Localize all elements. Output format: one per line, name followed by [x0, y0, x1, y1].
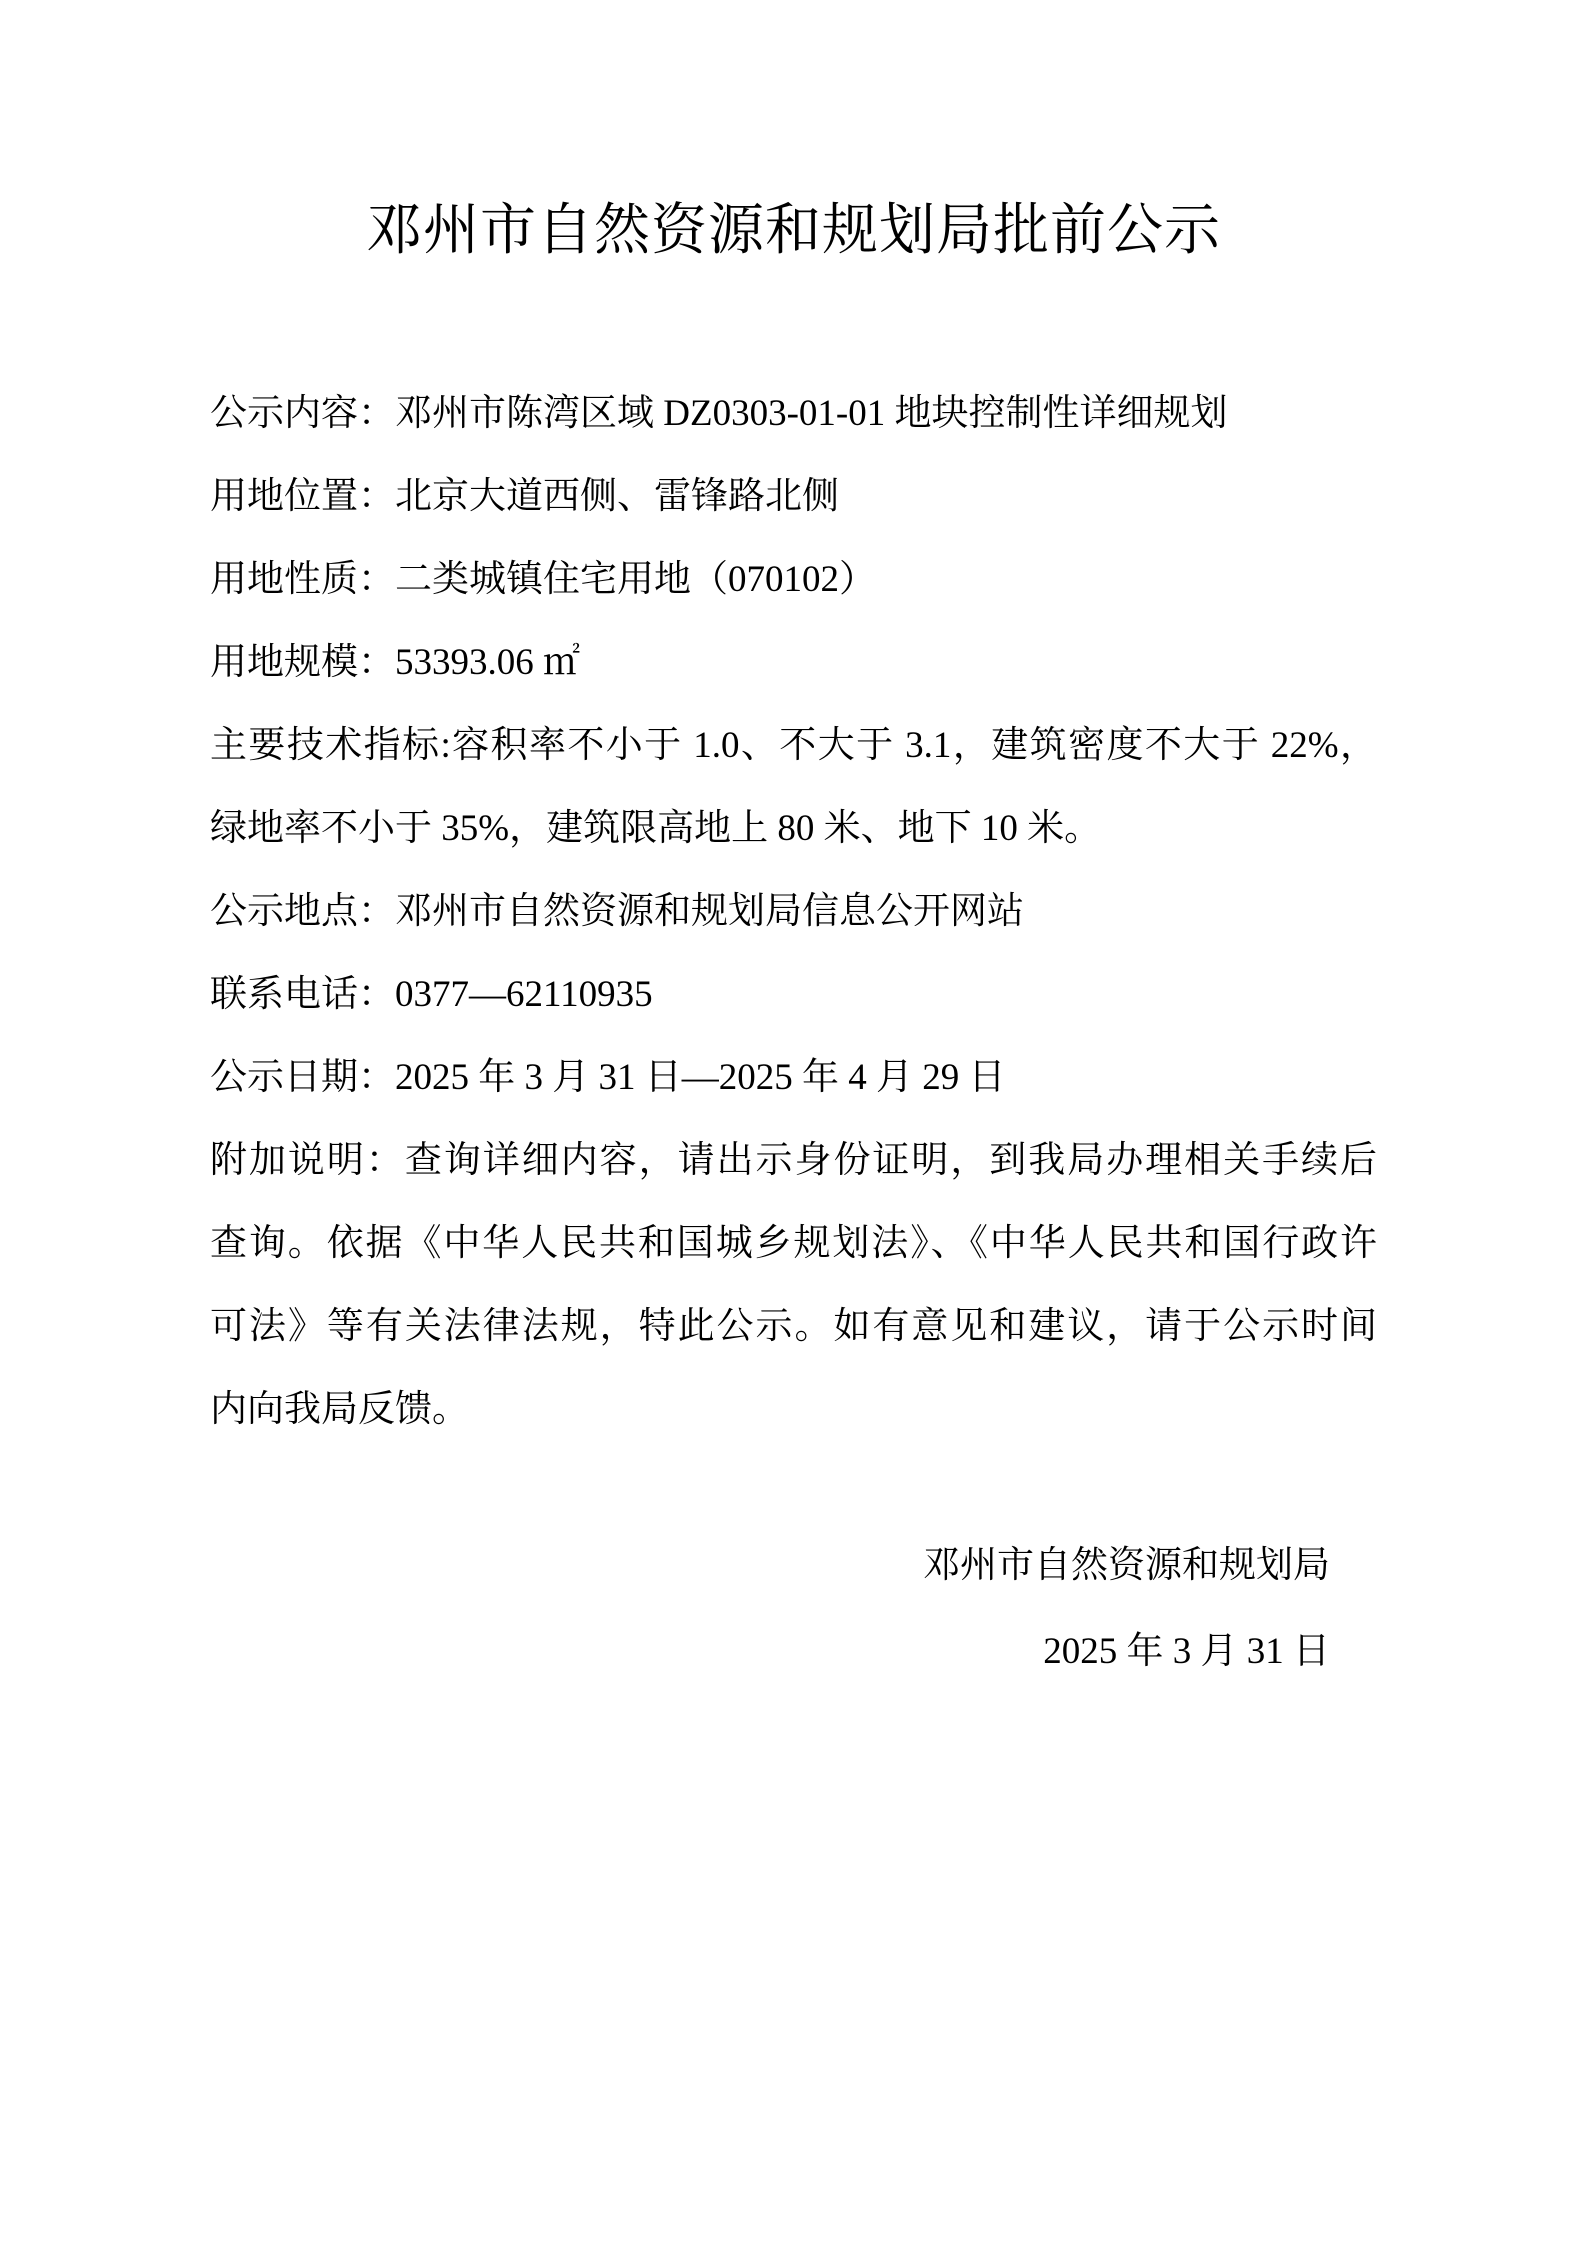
page-title: 邓州市自然资源和规划局批前公示	[0, 196, 1587, 266]
technical-indicators-line-2: 绿地率不小于 35%，建筑限高地上 80 米、地下 10 米。	[210, 787, 1377, 870]
signature-date: 2025 年 3 月 31 日	[210, 1609, 1330, 1695]
additional-notes-line-3: 可法》等有关法律法规，特此公示。如有意见和建议，请于公示时间	[210, 1285, 1377, 1368]
technical-indicators-line-1: 主要技术指标:容积率不小于 1.0、不大于 3.1，建筑密度不大于 22%，	[210, 704, 1377, 787]
contact-phone-line: 联系电话：0377—62110935	[210, 953, 1377, 1036]
additional-notes-line-4: 内向我局反馈。	[210, 1368, 1377, 1451]
additional-notes-line-2: 查询。依据《中华人民共和国城乡规划法》、《中华人民共和国行政许	[210, 1202, 1377, 1285]
notice-content-line: 公示内容：邓州市陈湾区域 DZ0303-01-01 地块控制性详细规划	[210, 372, 1377, 455]
document-page: 邓州市自然资源和规划局批前公示 公示内容：邓州市陈湾区域 DZ0303-01-0…	[0, 0, 1587, 2245]
signature-organization: 邓州市自然资源和规划局	[210, 1523, 1330, 1609]
land-area-line: 用地规模：53393.06 ㎡	[210, 621, 1377, 704]
land-location-line: 用地位置：北京大道西侧、雷锋路北侧	[210, 455, 1377, 538]
notice-place-line: 公示地点：邓州市自然资源和规划局信息公开网站	[210, 870, 1377, 953]
document-body: 公示内容：邓州市陈湾区域 DZ0303-01-01 地块控制性详细规划 用地位置…	[210, 372, 1377, 1451]
additional-notes-line-1: 附加说明：查询详细内容，请出示身份证明，到我局办理相关手续后	[210, 1119, 1377, 1202]
notice-date-range-line: 公示日期：2025 年 3 月 31 日—2025 年 4 月 29 日	[210, 1036, 1377, 1119]
land-use-type-line: 用地性质：二类城镇住宅用地（070102）	[210, 538, 1377, 621]
signature-block: 邓州市自然资源和规划局 2025 年 3 月 31 日	[210, 1523, 1377, 1695]
